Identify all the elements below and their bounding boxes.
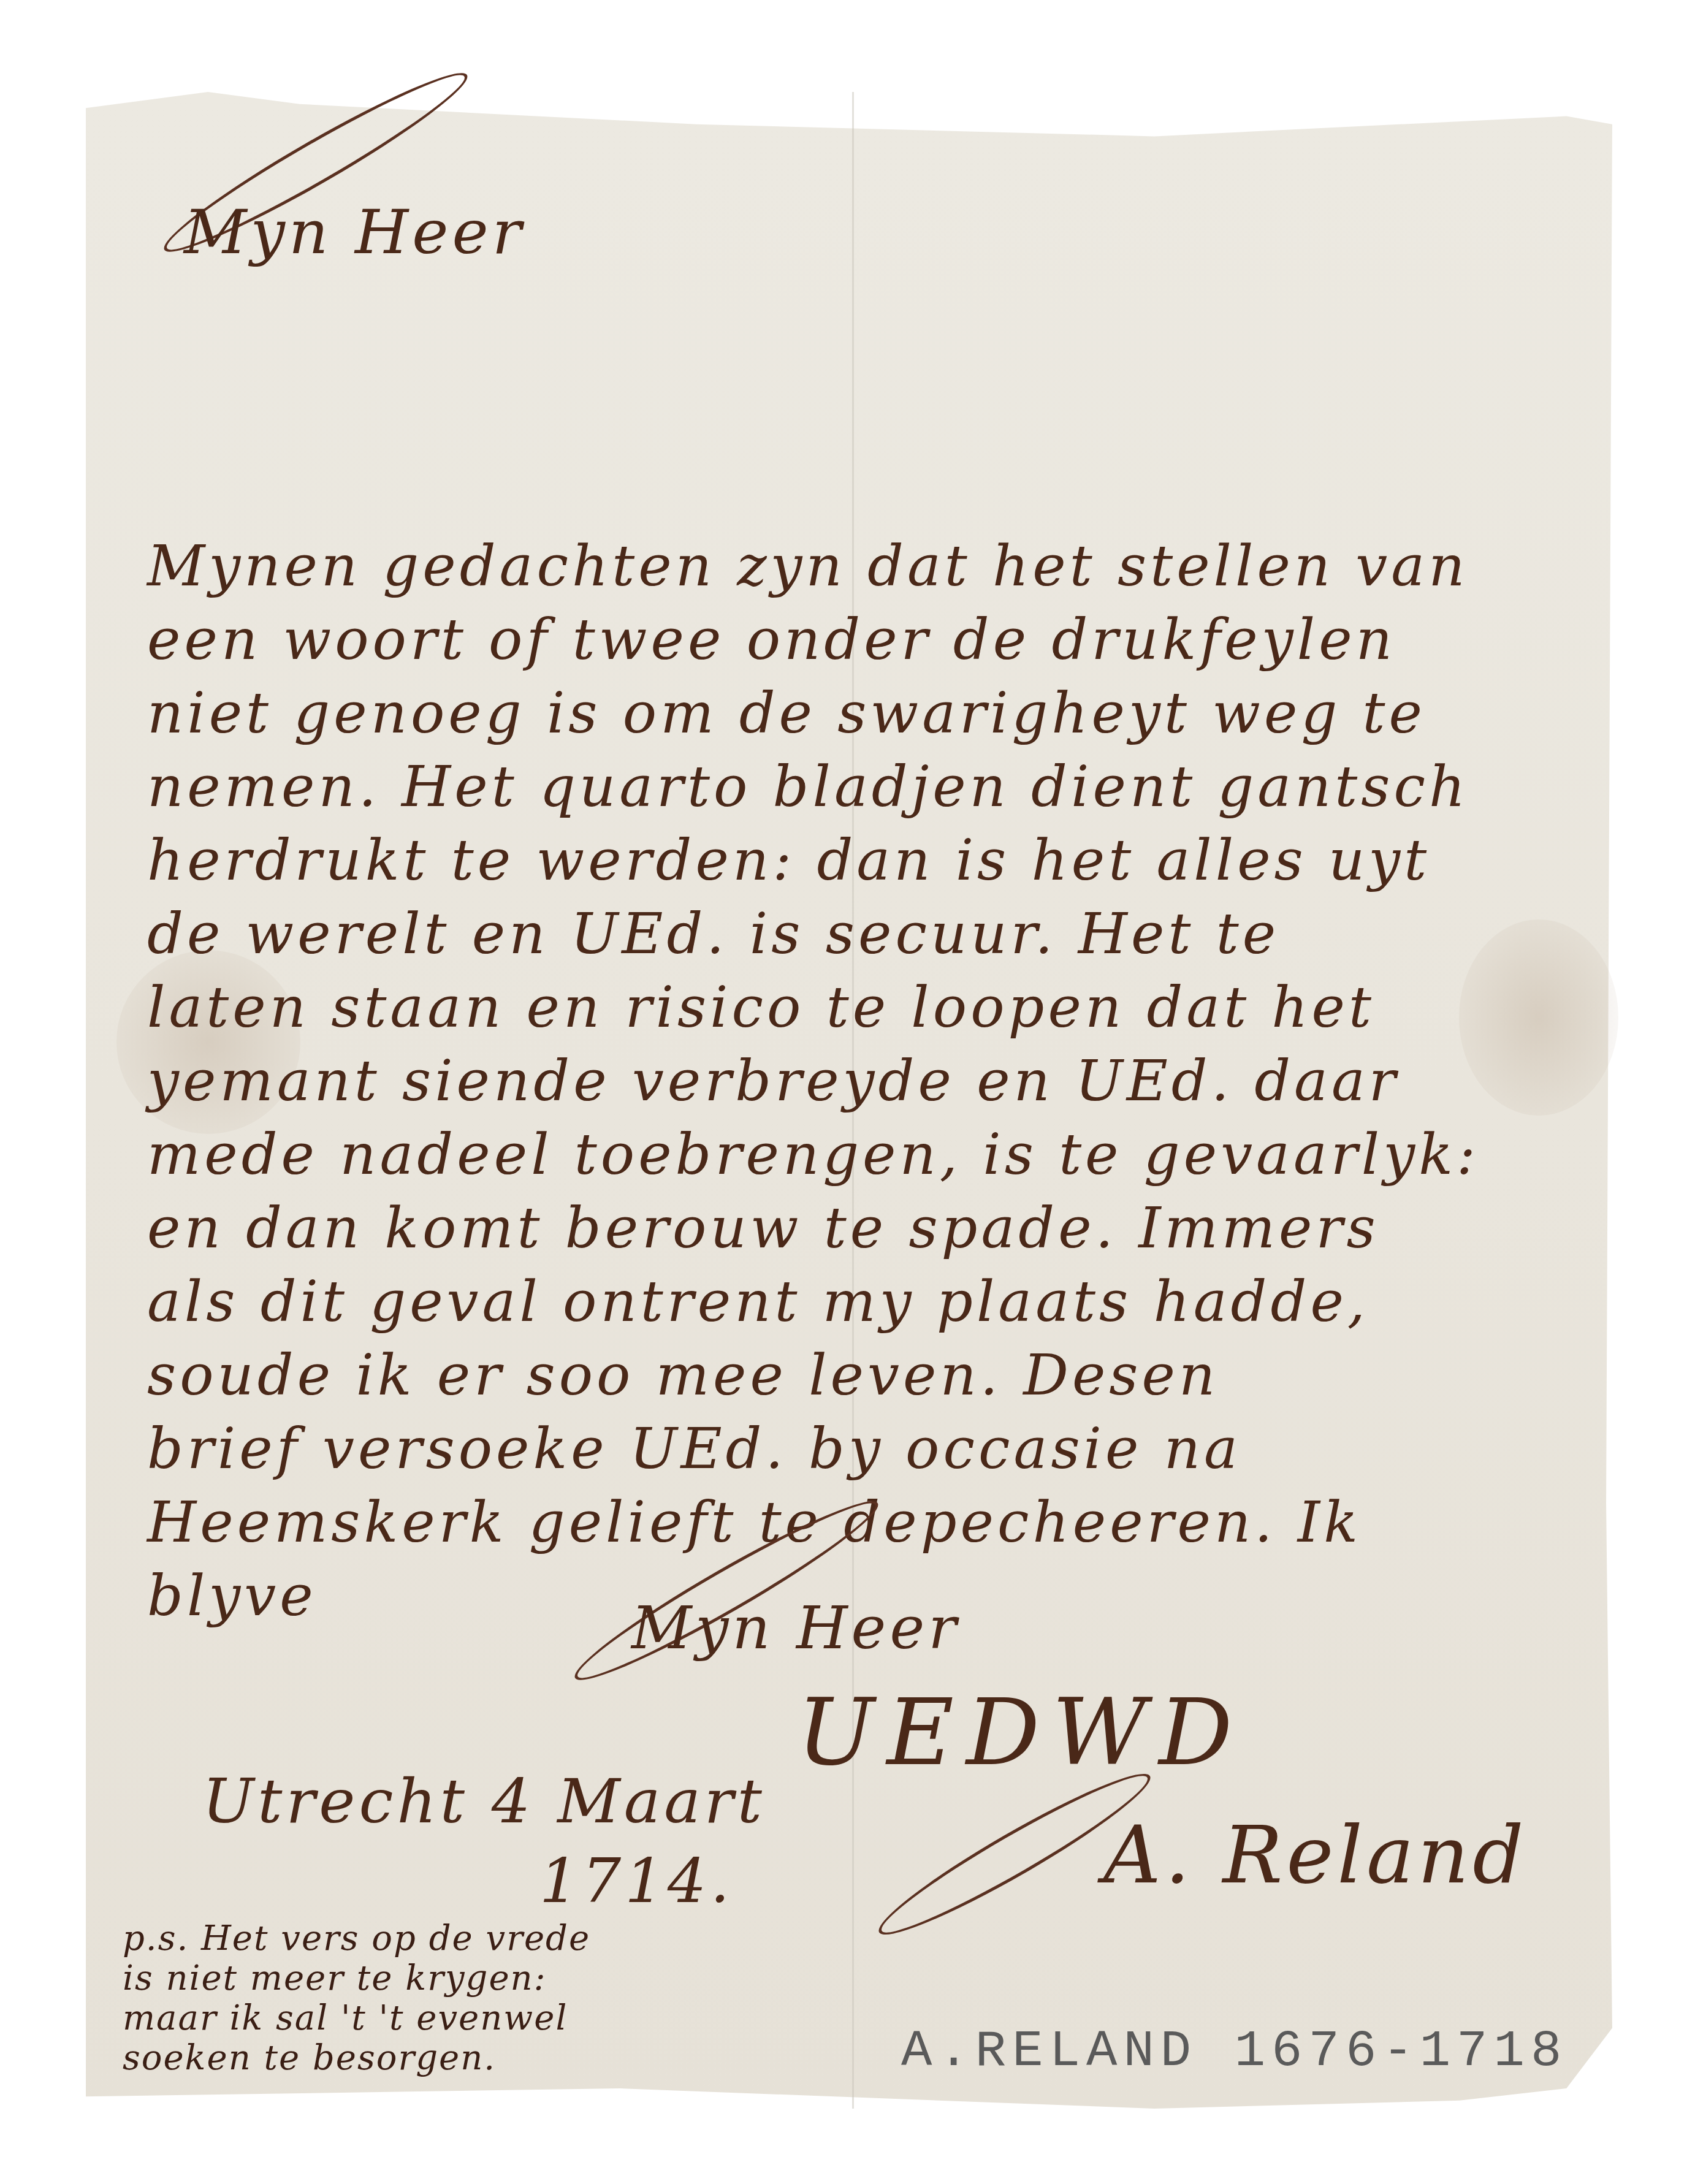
body-line: laten staan en risico te loopen dat het bbox=[147, 975, 1375, 1040]
signature: A. Reland bbox=[1103, 1808, 1527, 1901]
salutation: Myn Heer bbox=[184, 196, 525, 268]
body-line: Mynen gedachten zyn dat het stellen van bbox=[147, 533, 1468, 599]
body-line: soude ik er soo mee leven. Desen bbox=[147, 1342, 1219, 1408]
body-line: een woort of twee onder de drukfeylen bbox=[147, 607, 1396, 672]
stain-right bbox=[1459, 919, 1618, 1116]
body-line: en dan komt berouw te spade. Immers bbox=[147, 1195, 1379, 1261]
postscript-line: is niet meer te krygen: bbox=[123, 1958, 547, 1998]
body-line: nemen. Het quarto bladjen dient gantsch bbox=[147, 754, 1469, 820]
body-line: Heemskerk gelieft te depecheeren. Ik bbox=[147, 1490, 1362, 1555]
body-line: niet genoeg is om de swarigheyt weg te bbox=[147, 680, 1426, 746]
body-line: de werelt en UEd. is secuur. Het te bbox=[147, 901, 1279, 967]
postscript-line: soeken te besorgen. bbox=[123, 2038, 496, 2078]
body-line: mede nadeel toebrengen, is te gevaarlyk: bbox=[147, 1122, 1479, 1187]
body-line: yemant siende verbreyde en UEd. daar bbox=[147, 1048, 1400, 1114]
postscript-line: p.s. Het vers op de vrede bbox=[123, 1919, 590, 1958]
place-date: Utrecht 4 Maart bbox=[202, 1765, 766, 1837]
closing-salutation: Myn Heer bbox=[631, 1594, 960, 1662]
year: 1714. bbox=[539, 1845, 733, 1917]
body-line: brief versoeke UEd. by occasie na bbox=[147, 1416, 1241, 1482]
closing-formula: UEDWD bbox=[797, 1680, 1245, 1786]
pencil-annotation: A.RELAND 1676-1718 bbox=[901, 2023, 1567, 2081]
body-line: blyve bbox=[147, 1563, 317, 1629]
postscript-line: maar ik sal 't 't evenwel bbox=[123, 1998, 568, 2038]
body-line: herdrukt te werden: dan is het alles uyt bbox=[147, 828, 1430, 893]
body-line: als dit geval ontrent my plaats hadde, bbox=[147, 1269, 1369, 1334]
